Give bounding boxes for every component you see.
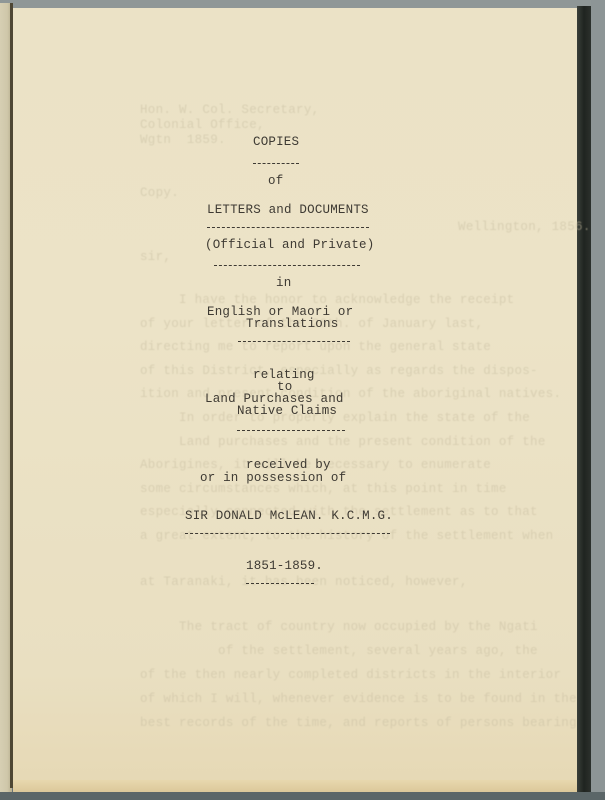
rule-6 <box>185 533 390 534</box>
rule-7 <box>246 583 314 584</box>
rule-2 <box>207 227 369 228</box>
bleed-p3: directing me to report upon the general … <box>140 340 491 354</box>
scanner-background-bottom <box>0 792 605 800</box>
subject-line: LETTERS and DOCUMENTS <box>207 203 369 217</box>
word-of: of <box>268 174 283 188</box>
page-bottom-edge <box>13 780 578 792</box>
bleed-l1: sir, <box>140 250 171 264</box>
scanned-document: Hon. W. Col. Secretary, Colonial Office,… <box>0 0 605 800</box>
bleed-header-line1: Hon. W. Col. Secretary, <box>140 103 319 117</box>
qualifier-line: (Official and Private) <box>205 238 374 252</box>
bleed-p5: ition and present condition of the abori… <box>140 387 561 401</box>
rule-3 <box>214 265 360 266</box>
bleed-p12: at Taranaki, it has been noticed, howeve… <box>140 575 468 589</box>
received-line1: received by <box>246 458 331 472</box>
languages-line2: Translations <box>246 317 338 331</box>
scanner-background-top <box>0 0 605 8</box>
bleed-p14: of the settlement, several years ago, th… <box>140 644 538 658</box>
bleed-p17: best records of the time, and reports of… <box>140 716 577 730</box>
received-line2: or in possession of <box>200 471 346 485</box>
rule-4 <box>238 341 350 342</box>
bleed-p15: of the then nearly completed districts i… <box>140 668 561 682</box>
word-in: in <box>276 276 291 290</box>
date-range: 1851-1859. <box>246 559 323 573</box>
bleed-l2: Wellington, 1856. <box>380 220 591 234</box>
rule-5 <box>237 430 345 431</box>
bleed-p13: The tract of country now occupied by the… <box>140 620 538 634</box>
binder-board-edge <box>577 6 591 796</box>
bleed-p4: of this District, especially as regards … <box>140 364 538 378</box>
title-copies: COPIES <box>253 135 299 149</box>
bleed-p7: Land purchases and the present condition… <box>140 435 546 449</box>
bleed-header-line2: Colonial Office, <box>140 118 265 132</box>
bleed-p16: of which I will, whenever evidence is to… <box>140 692 577 706</box>
relating-line4: Native Claims <box>237 404 337 418</box>
bleed-header-line3: Wgtn 1859. <box>140 133 226 147</box>
bleed-ref: Copy. <box>140 186 179 200</box>
bleed-p11: a great extent, to the history of the se… <box>140 529 553 543</box>
scanner-background-right <box>591 0 605 800</box>
person-name: SIR DONALD McLEAN. K.C.M.G. <box>185 509 393 523</box>
rule-1 <box>253 163 299 164</box>
